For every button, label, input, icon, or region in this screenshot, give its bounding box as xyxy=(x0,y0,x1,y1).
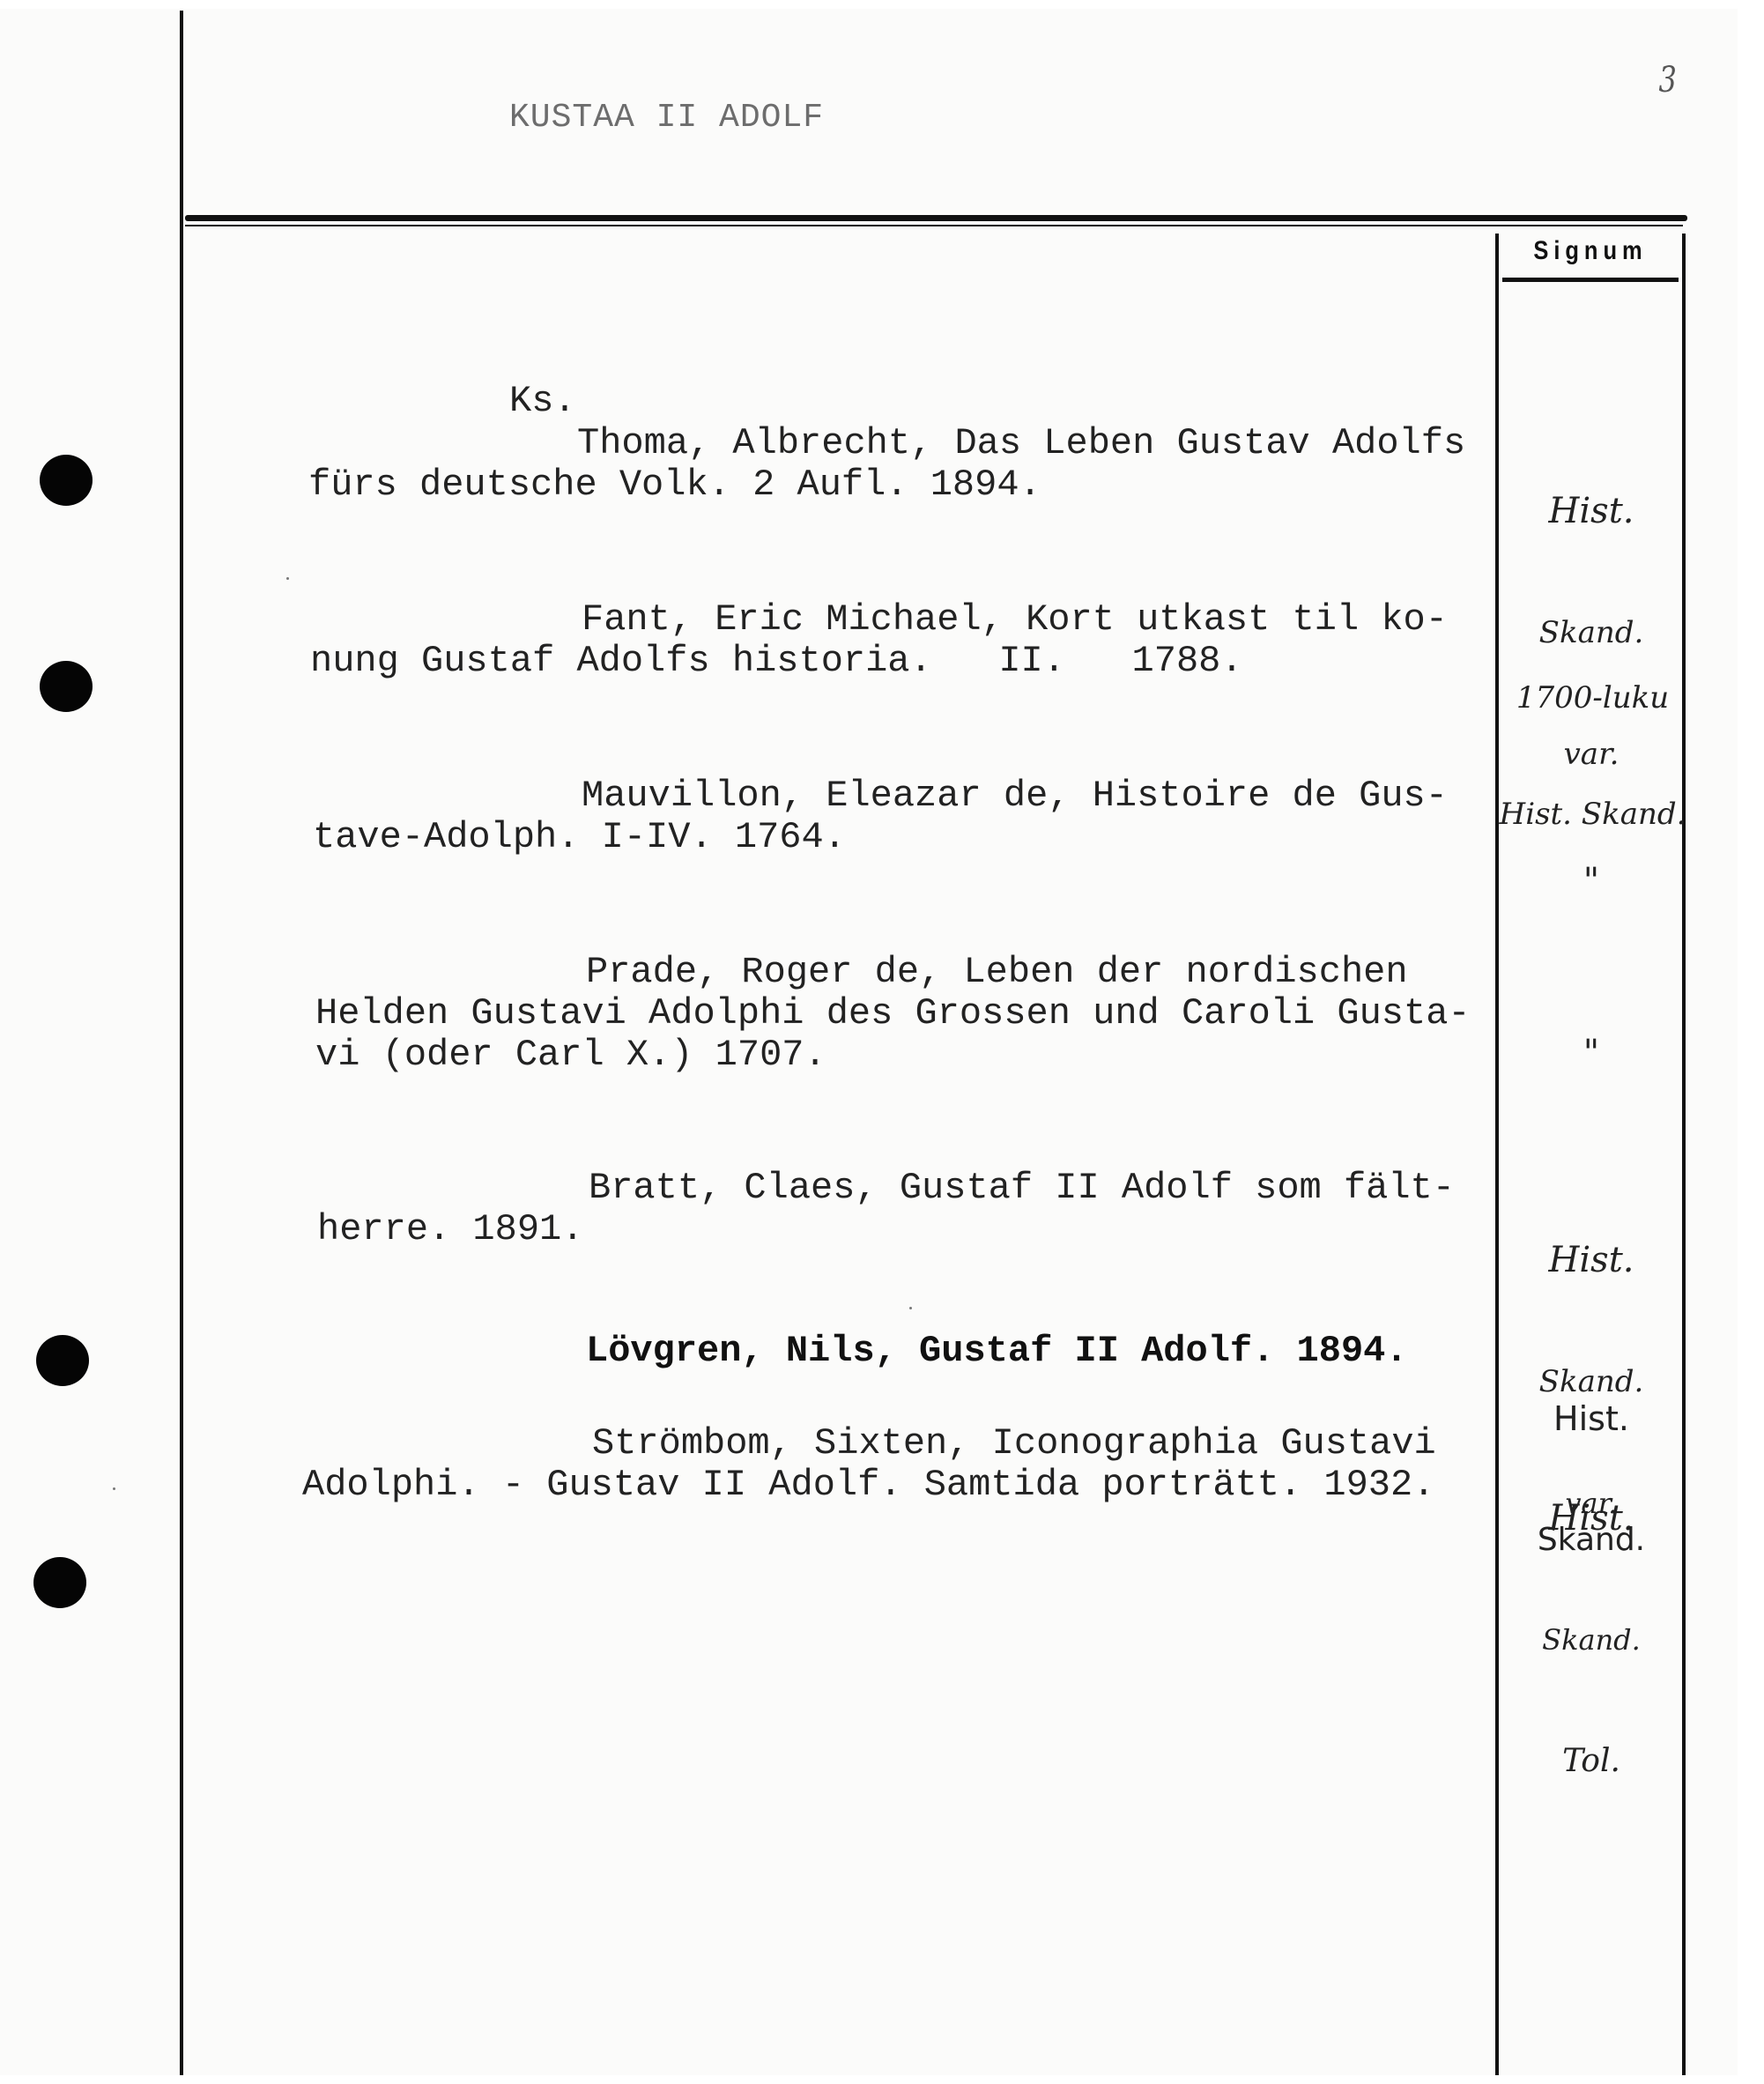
entry-line: nung Gustaf Adolfs historia. II. 1788. xyxy=(310,641,1243,682)
entry-line: Prade, Roger de, Leben der nordischen xyxy=(586,952,1408,993)
signum-line: Hist. xyxy=(1503,1240,1679,1280)
entry-line: Mauvillon, Eleazar de, Histoire de Gus- xyxy=(582,775,1448,817)
scan-speck xyxy=(909,1307,912,1309)
ditto-mark: " xyxy=(1503,1033,1679,1073)
entry-line: herre. 1891. xyxy=(317,1209,583,1250)
binder-hole xyxy=(40,661,93,712)
scan-speck xyxy=(286,577,289,580)
scan-margin xyxy=(1738,0,1764,2084)
entry-line: vi (oder Carl X.) 1707. xyxy=(315,1035,826,1076)
catalog-card xyxy=(0,9,1738,2075)
entry-line: Strömbom, Sixten, Iconographia Gustavi xyxy=(592,1423,1436,1465)
card-heading: KUSTAA II ADOLF xyxy=(509,99,824,137)
scan-speck xyxy=(113,1487,115,1490)
binder-hole xyxy=(40,455,93,506)
signum-column-right-rule xyxy=(1682,234,1686,2075)
page-number: 3 xyxy=(1659,60,1677,100)
binder-hole xyxy=(33,1557,86,1608)
binder-hole xyxy=(36,1335,89,1386)
signum-header-underline xyxy=(1502,278,1679,282)
entry-line: Adolphi. - Gustav II Adolf. Samtida port… xyxy=(302,1465,1434,1506)
signum-column-left-rule xyxy=(1495,234,1499,2075)
entry-line: Bratt, Claes, Gustaf II Adolf som fält- xyxy=(589,1168,1455,1209)
signum-line: 1700-luku xyxy=(1498,679,1687,717)
signum-annotation: Hist. Skand. Tol. xyxy=(1503,1417,1679,1822)
left-margin-rule xyxy=(180,11,183,2075)
signum-line: Tol. xyxy=(1503,1741,1679,1782)
header-thin-rule xyxy=(185,225,1683,226)
signum-line: Hist. xyxy=(1503,1498,1679,1539)
header-thick-rule xyxy=(185,215,1687,221)
signum-line: Hist. xyxy=(1503,491,1679,531)
entry-line: tave-Adolph. I-IV. 1764. xyxy=(313,817,846,858)
signum-ditto: " xyxy=(1503,780,1679,942)
entry-line: Lövgren, Nils, Gustaf II Adolf. 1894. xyxy=(586,1331,1408,1372)
entry-line: Thoma, Albrecht, Das Leben Gustav Adolfs xyxy=(577,423,1465,464)
signum-line: Skand. xyxy=(1503,1620,1679,1660)
entry-line: fürs deutsche Volk. 2 Aufl. 1894. xyxy=(308,464,1041,506)
see-also-label: Ks. xyxy=(509,381,576,422)
signum-ditto: " xyxy=(1503,952,1679,1114)
entry-line: Helden Gustavi Adolphi des Grossen und C… xyxy=(315,993,1471,1035)
ditto-mark: " xyxy=(1503,861,1679,901)
signum-column-header: Signum xyxy=(1512,236,1670,266)
entry-line: Fant, Eric Michael, Kort utkast til ko- xyxy=(582,599,1448,641)
